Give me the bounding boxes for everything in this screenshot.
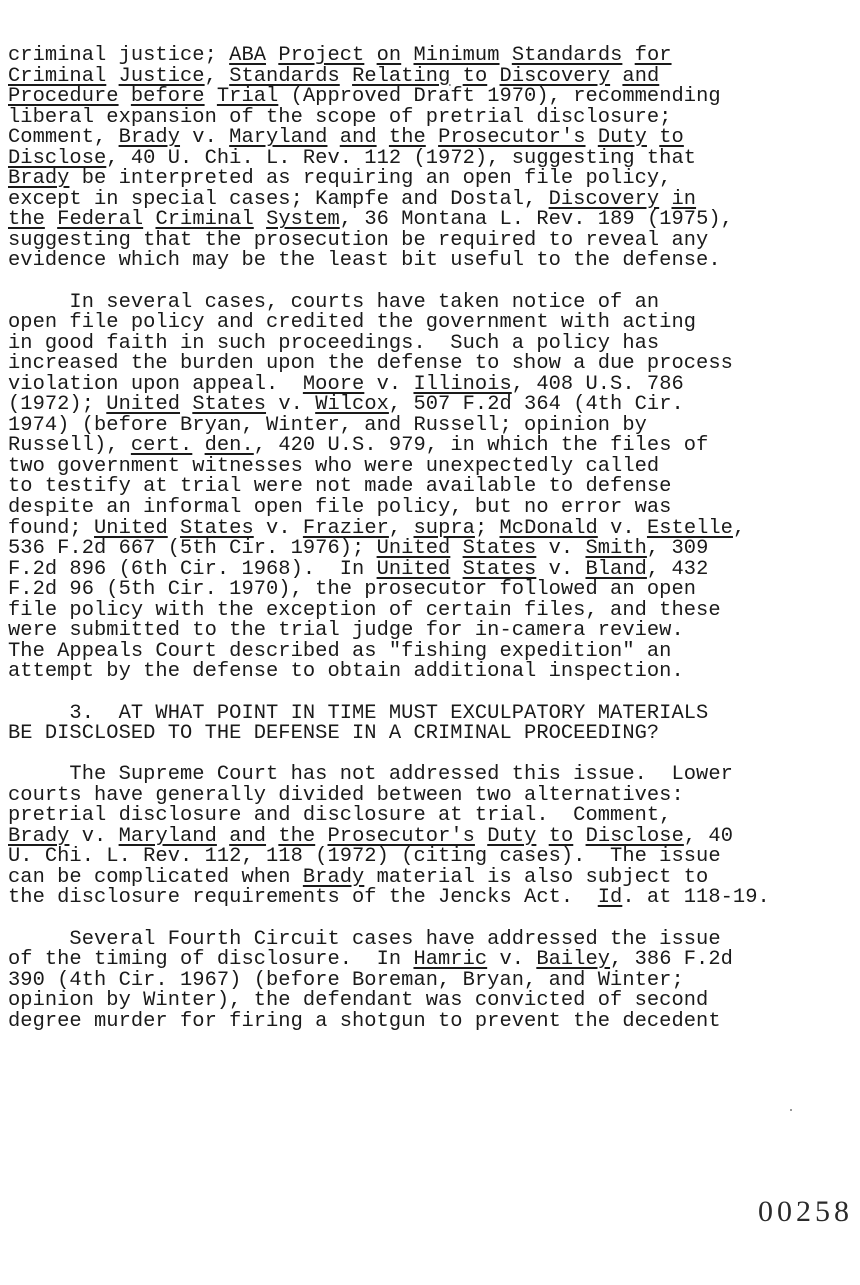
text-run: ; — [475, 517, 500, 540]
text-run: evidence which may be the least bit usef… — [8, 249, 721, 272]
citation-underlined: the — [389, 126, 426, 149]
document-page: criminal justice; ABA Project on Minimum… — [8, 46, 770, 1032]
text-run: two government witnesses who were unexpe… — [8, 455, 659, 478]
text-line: were submitted to the trial judge for in… — [8, 621, 770, 642]
citation-underlined: the — [8, 208, 45, 231]
text-run: (Approved Draft 1970), recommending — [278, 85, 720, 108]
text-run: , 309 — [647, 537, 708, 560]
text-line: violation upon appeal. Moore v. Illinois… — [8, 375, 770, 396]
citation-underlined: Project — [278, 44, 364, 67]
text-line: Procedure before Trial (Approved Draft 1… — [8, 87, 770, 108]
citation-underlined: to — [463, 65, 488, 88]
citation-underlined: before — [131, 85, 205, 108]
text-line: can be complicated when Brady material i… — [8, 868, 770, 889]
citation-underlined: Prosecutor's — [438, 126, 585, 149]
text-line: Criminal Justice, Standards Relating to … — [8, 67, 770, 88]
text-run — [450, 65, 462, 88]
text-run: be interpreted as requiring an open file… — [69, 167, 671, 190]
citation-underlined: United — [106, 393, 180, 416]
citation-underlined: States — [180, 517, 254, 540]
text-run: The Appeals Court described as "fishing … — [8, 640, 671, 663]
text-line: degree murder for firing a shotgun to pr… — [8, 1012, 770, 1033]
paragraph-gap — [8, 909, 770, 930]
text-run: , 408 U.S. 786 — [512, 373, 684, 396]
citation-underlined: Criminal — [155, 208, 253, 231]
citation-underlined: Illinois — [413, 373, 511, 396]
paragraph-citations-continued: criminal justice; ABA Project on Minimum… — [8, 46, 770, 272]
text-run — [327, 126, 339, 149]
citation-underlined: supra — [414, 517, 475, 540]
citation-underlined: Disclose — [8, 147, 106, 170]
scan-speck — [790, 1109, 792, 1111]
text-line: of the timing of disclosure. In Hamric v… — [8, 950, 770, 971]
citation-underlined: Procedure — [8, 85, 119, 108]
citation-underlined: States — [463, 558, 537, 581]
citation-underlined: States — [463, 537, 537, 560]
text-run: liberal expansion of the scope of pretri… — [8, 106, 671, 129]
text-line: U. Chi. L. Rev. 112, 118 (1972) (citing … — [8, 847, 770, 868]
text-run — [217, 825, 229, 848]
citation-underlined: to — [549, 825, 574, 848]
citation-underlined: Criminal — [8, 65, 106, 88]
citation-underlined: Federal — [57, 208, 143, 231]
text-run — [168, 517, 180, 540]
citation-underlined: Frazier — [303, 517, 389, 540]
section-heading: 3. AT WHAT POINT IN TIME MUST EXCULPATOR… — [8, 704, 770, 745]
paragraph-gap — [8, 745, 770, 766]
citation-underlined: Brady — [303, 866, 364, 889]
text-run: , 40 U. Chi. L. Rev. 112 (1972), suggest… — [106, 147, 696, 170]
text-line: except in special cases; Kampfe and Dost… — [8, 190, 770, 211]
paragraph-fourth-circuit-timing: Several Fourth Circuit cases have addres… — [8, 930, 770, 1033]
text-line: suggesting that the prosecution be requi… — [8, 231, 770, 252]
citation-underlined: Standards — [229, 65, 340, 88]
text-run — [500, 44, 512, 67]
text-run: criminal justice; — [8, 44, 229, 67]
text-run — [536, 825, 548, 848]
text-run — [659, 188, 671, 211]
citation-underlined: Id — [598, 886, 623, 909]
citation-underlined: Relating — [352, 65, 450, 88]
citation-underlined: United — [377, 558, 451, 581]
text-run — [340, 65, 352, 88]
text-run — [119, 85, 131, 108]
text-run: Several Fourth Circuit cases have addres… — [8, 928, 721, 951]
citation-underlined: ABA — [229, 44, 266, 67]
text-line: (1972); United States v. Wilcox, 507 F.2… — [8, 395, 770, 416]
text-run — [266, 825, 278, 848]
text-run: increased the burden upon the defense to… — [8, 352, 733, 375]
text-run: (1972); — [8, 393, 106, 416]
text-line: file policy with the exception of certai… — [8, 601, 770, 622]
text-run — [143, 208, 155, 231]
citation-underlined: Bland — [585, 558, 646, 581]
citation-underlined: den. — [205, 434, 254, 457]
citation-underlined: on — [377, 44, 402, 67]
text-run: U. Chi. L. Rev. 112, 118 (1972) (citing … — [8, 845, 721, 868]
text-line: The Appeals Court described as "fishing … — [8, 642, 770, 663]
text-run: suggesting that the prosecution be requi… — [8, 229, 708, 252]
text-line: pretrial disclosure and disclosure at tr… — [8, 806, 770, 827]
text-line: The Supreme Court has not addressed this… — [8, 765, 770, 786]
text-line: Brady v. Maryland and the Prosecutor's D… — [8, 827, 770, 848]
text-line: found; United States v. Frazier, supra; … — [8, 519, 770, 540]
text-run: , — [733, 517, 745, 540]
text-run — [401, 44, 413, 67]
text-run: The Supreme Court has not addressed this… — [8, 763, 733, 786]
text-run: 390 (4th Cir. 1967) (before Boreman, Bry… — [8, 969, 684, 992]
citation-underlined: and — [622, 65, 659, 88]
text-line: In several cases, courts have taken noti… — [8, 293, 770, 314]
citation-underlined: McDonald — [500, 517, 598, 540]
text-run — [180, 393, 192, 416]
text-run: , — [205, 65, 230, 88]
citation-underlined: Standards — [512, 44, 623, 67]
citation-underlined: Moore — [303, 373, 364, 396]
text-run — [106, 65, 118, 88]
text-run: , 507 F.2d 364 (4th Cir. — [389, 393, 684, 416]
text-run — [647, 126, 659, 149]
paragraph-gap — [8, 683, 770, 704]
text-run: in good faith in such proceedings. Such … — [8, 332, 659, 355]
text-run: Comment, — [8, 126, 119, 149]
citation-underlined: Bailey — [536, 948, 610, 971]
citation-underlined: and — [229, 825, 266, 848]
text-run — [622, 44, 634, 67]
text-run — [450, 537, 462, 560]
text-run — [205, 85, 217, 108]
text-line: Brady be interpreted as requiring an ope… — [8, 169, 770, 190]
text-run — [377, 126, 389, 149]
paragraph-supreme-court-not-addressed: The Supreme Court has not addressed this… — [8, 765, 770, 909]
text-run: pretrial disclosure and disclosure at tr… — [8, 804, 671, 827]
text-run — [315, 825, 327, 848]
text-line: 536 F.2d 667 (5th Cir. 1976); United Sta… — [8, 539, 770, 560]
citation-underlined: Trial — [217, 85, 278, 108]
citation-underlined: Discovery — [549, 188, 660, 211]
text-run: In several cases, courts have taken noti… — [8, 291, 659, 314]
text-run: v. — [364, 373, 413, 396]
text-run: , 432 — [647, 558, 708, 581]
text-line: 1974) (before Bryan, Winter, and Russell… — [8, 416, 770, 437]
citation-underlined: Brady — [119, 126, 180, 149]
paragraph-gap — [8, 272, 770, 293]
text-line: open file policy and credited the govern… — [8, 313, 770, 334]
citation-underlined: Hamric — [413, 948, 487, 971]
text-run: the disclosure requirements of the Jenck… — [8, 886, 598, 909]
text-line: in good faith in such proceedings. Such … — [8, 334, 770, 355]
citation-underlined: Prosecutor's — [328, 825, 475, 848]
text-run: found; — [8, 517, 94, 540]
text-run: v. — [598, 517, 647, 540]
citation-underlined: System — [266, 208, 340, 231]
text-line: Disclose, 40 U. Chi. L. Rev. 112 (1972),… — [8, 149, 770, 170]
citation-underlined: Wilcox — [315, 393, 389, 416]
text-line: Comment, Brady v. Maryland and the Prose… — [8, 128, 770, 149]
text-run — [254, 208, 266, 231]
text-run: F.2d 896 (6th Cir. 1968). In — [8, 558, 377, 581]
citation-underlined: Brady — [8, 167, 69, 190]
text-run: , 420 U.S. 979, in which the files of — [254, 434, 709, 457]
citation-underlined: Maryland — [119, 825, 217, 848]
text-run: v. — [69, 825, 118, 848]
text-line: the Federal Criminal System, 36 Montana … — [8, 210, 770, 231]
text-run: . at 118-19. — [622, 886, 769, 909]
text-run: open file policy and credited the govern… — [8, 311, 696, 334]
text-run: of the timing of disclosure. In — [8, 948, 413, 971]
text-run: were submitted to the trial judge for in… — [8, 619, 684, 642]
text-run — [586, 126, 598, 149]
citation-underlined: in — [671, 188, 696, 211]
page-number: 00258 — [758, 1195, 853, 1229]
text-run: v. — [536, 558, 585, 581]
text-run: , 386 F.2d — [610, 948, 733, 971]
text-run: despite an informal open file policy, bu… — [8, 496, 671, 519]
text-run — [426, 126, 438, 149]
citation-underlined: United — [377, 537, 451, 560]
text-line: Several Fourth Circuit cases have addres… — [8, 930, 770, 951]
citation-underlined: Minimum — [414, 44, 500, 67]
text-run — [475, 825, 487, 848]
citation-underlined: cert. — [131, 434, 192, 457]
citation-underlined: the — [278, 825, 315, 848]
text-run: F.2d 96 (5th Cir. 1970), the prosecutor … — [8, 578, 696, 601]
text-run: BE DISCLOSED TO THE DEFENSE IN A CRIMINA… — [8, 722, 659, 745]
text-run: except in special cases; Kampfe and Dost… — [8, 188, 549, 211]
text-line: F.2d 896 (6th Cir. 1968). In United Stat… — [8, 560, 770, 581]
text-run: v. — [180, 126, 229, 149]
text-run: file policy with the exception of certai… — [8, 599, 721, 622]
text-run — [450, 558, 462, 581]
citation-underlined: Duty — [487, 825, 536, 848]
text-run: , 40 — [684, 825, 733, 848]
citation-underlined: Discovery — [500, 65, 611, 88]
text-run — [192, 434, 204, 457]
text-line: F.2d 96 (5th Cir. 1970), the prosecutor … — [8, 580, 770, 601]
text-run: Russell), — [8, 434, 131, 457]
text-run — [266, 44, 278, 67]
text-run: material is also subject to — [364, 866, 708, 889]
paragraph-open-file-policy: In several cases, courts have taken noti… — [8, 293, 770, 683]
citation-underlined: Smith — [585, 537, 646, 560]
text-run: to testify at trial were not made availa… — [8, 475, 671, 498]
citation-underlined: and — [340, 126, 377, 149]
text-line: two government witnesses who were unexpe… — [8, 457, 770, 478]
text-run: 3. AT WHAT POINT IN TIME MUST EXCULPATOR… — [8, 702, 708, 725]
citation-underlined: United — [94, 517, 168, 540]
text-run: , 36 Montana L. Rev. 189 (1975), — [340, 208, 733, 231]
text-line: attempt by the defense to obtain additio… — [8, 662, 770, 683]
text-line: criminal justice; ABA Project on Minimum… — [8, 46, 770, 67]
citation-underlined: to — [659, 126, 684, 149]
text-line: increased the burden upon the defense to… — [8, 354, 770, 375]
text-line: Russell), cert. den., 420 U.S. 979, in w… — [8, 436, 770, 457]
text-line: BE DISCLOSED TO THE DEFENSE IN A CRIMINA… — [8, 724, 770, 745]
citation-underlined: Brady — [8, 825, 69, 848]
text-run — [364, 44, 376, 67]
text-run — [610, 65, 622, 88]
text-run: 536 F.2d 667 (5th Cir. 1976); — [8, 537, 377, 560]
text-run: degree murder for firing a shotgun to pr… — [8, 1010, 721, 1033]
citation-underlined: Duty — [598, 126, 647, 149]
text-run: attempt by the defense to obtain additio… — [8, 660, 684, 683]
citation-underlined: for — [635, 44, 672, 67]
text-run — [45, 208, 57, 231]
citation-underlined: Justice — [119, 65, 205, 88]
text-line: the disclosure requirements of the Jenck… — [8, 888, 770, 909]
citation-underlined: States — [192, 393, 266, 416]
text-line: 390 (4th Cir. 1967) (before Boreman, Bry… — [8, 971, 770, 992]
text-run: , — [389, 517, 414, 540]
text-line: courts have generally divided between tw… — [8, 786, 770, 807]
text-run: v. — [254, 517, 303, 540]
text-line: to testify at trial were not made availa… — [8, 477, 770, 498]
citation-underlined: Maryland — [229, 126, 327, 149]
citation-underlined: Estelle — [647, 517, 733, 540]
text-line: 3. AT WHAT POINT IN TIME MUST EXCULPATOR… — [8, 704, 770, 725]
text-run: can be complicated when — [8, 866, 303, 889]
text-line: despite an informal open file policy, bu… — [8, 498, 770, 519]
text-run: v. — [536, 537, 585, 560]
text-run: courts have generally divided between tw… — [8, 784, 684, 807]
citation-underlined: Disclose — [586, 825, 684, 848]
text-run: violation upon appeal. — [8, 373, 303, 396]
text-run — [573, 825, 585, 848]
text-line: liberal expansion of the scope of pretri… — [8, 108, 770, 129]
text-run: opinion by Winter), the defendant was co… — [8, 989, 708, 1012]
text-run: v. — [266, 393, 315, 416]
text-line: evidence which may be the least bit usef… — [8, 251, 770, 272]
text-run: v. — [487, 948, 536, 971]
text-line: opinion by Winter), the defendant was co… — [8, 991, 770, 1012]
text-run — [487, 65, 499, 88]
text-run: 1974) (before Bryan, Winter, and Russell… — [8, 414, 647, 437]
